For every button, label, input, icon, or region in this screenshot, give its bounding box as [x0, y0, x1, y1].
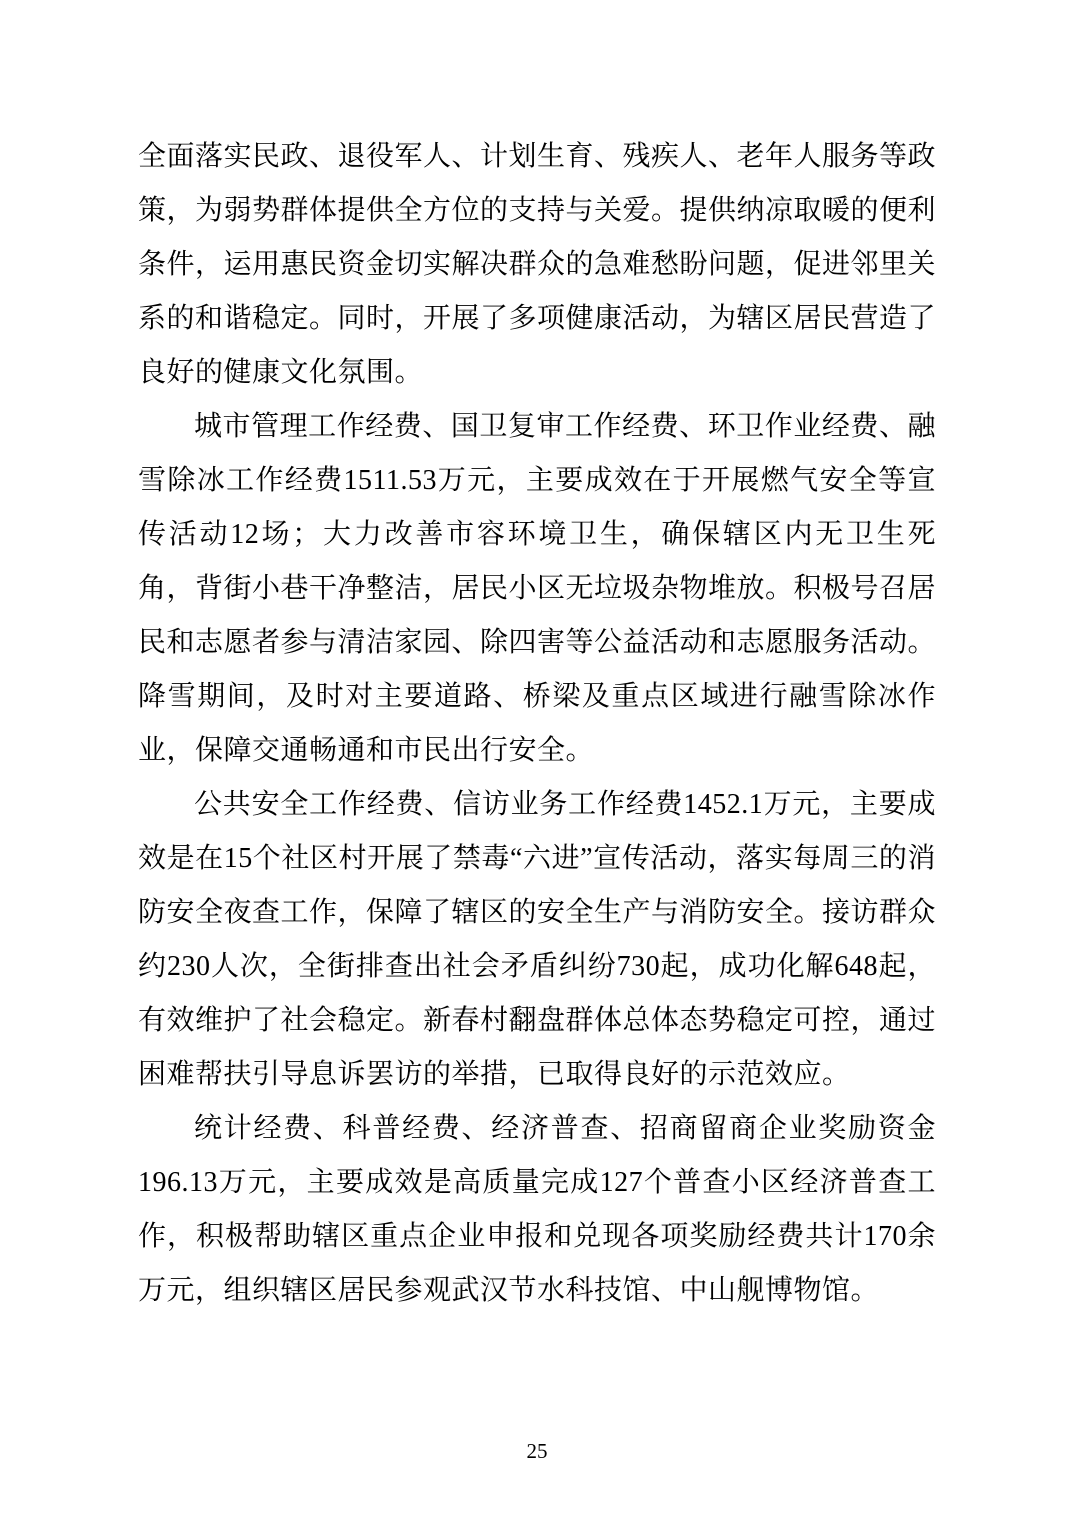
- paragraph-continuation: 全面落实民政、退役军人、计划生育、残疾人、老年人服务等政策，为弱势群体提供全方位…: [138, 130, 936, 400]
- document-page: 全面落实民政、退役军人、计划生育、残疾人、老年人服务等政策，为弱势群体提供全方位…: [0, 0, 1074, 1520]
- page-number: 25: [527, 1436, 548, 1466]
- paragraph-city-management-funds: 城市管理工作经费、国卫复审工作经费、环卫作业经费、融雪除冰工作经费1511.53…: [138, 400, 936, 778]
- page-footer: 25: [0, 1436, 1074, 1466]
- paragraph-statistics-funds: 统计经费、科普经费、经济普查、招商留商企业奖励资金196.13万元，主要成效是高…: [138, 1102, 936, 1318]
- body-text: 全面落实民政、退役军人、计划生育、残疾人、老年人服务等政策，为弱势群体提供全方位…: [138, 130, 936, 1318]
- paragraph-public-safety-funds: 公共安全工作经费、信访业务工作经费1452.1万元，主要成效是在15个社区村开展…: [138, 778, 936, 1102]
